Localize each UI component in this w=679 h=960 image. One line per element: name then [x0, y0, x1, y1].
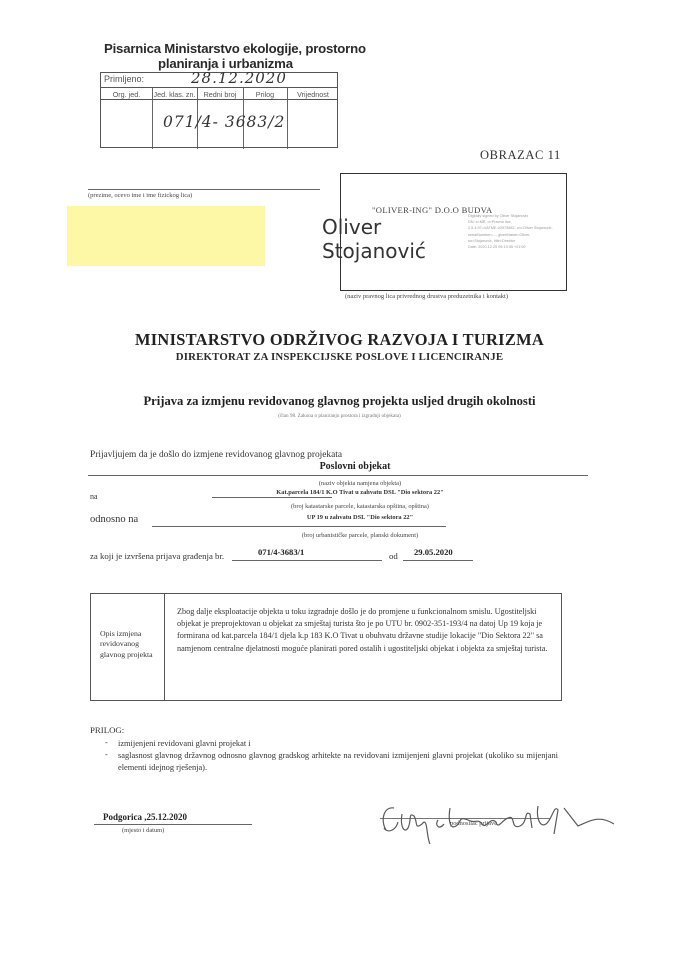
applicant-caption: (prezime, ocevo ime i ime fizickog lica) — [88, 192, 192, 199]
urban-parcel-line — [152, 526, 446, 527]
parcel-value: Kat.parcela 184/1 K.O Tivat u zahvatu DS… — [150, 489, 570, 496]
parcel-line — [212, 497, 332, 498]
redacted-highlight — [67, 206, 265, 266]
digital-signature-details: Digitally signed by Oliver Stojanović DN… — [468, 213, 588, 250]
registration-number-line — [232, 560, 382, 561]
signature-info-line: Date: 2020.12.25 09:19:35 +01'00' — [468, 244, 588, 250]
description-label: Opis izmjena revidovanog glavnog projekt… — [100, 629, 162, 660]
registration-number-value: 071/4-3683/1 — [258, 547, 304, 557]
registration-date-line — [403, 560, 473, 561]
description-box: Opis izmjena revidovanog glavnog projekt… — [90, 593, 562, 701]
odnosno-label: odnosno na — [90, 514, 138, 525]
attachments-heading: PRILOG: — [90, 725, 124, 735]
signer-last-name: Stojanović — [322, 240, 426, 262]
urban-parcel-caption: (broj urbanističke parcele, planski doku… — [150, 532, 570, 539]
place-and-date: Podgorica ,25.12.2020 — [103, 812, 187, 822]
parcel-caption: (broj katastarske parcele, katastarska o… — [150, 503, 570, 510]
received-row: Primljeno: 28.12.2020 — [101, 73, 337, 88]
document-title: Prijava za izmjenu revidovanog glavnog p… — [0, 394, 679, 409]
attachment-item: izmijenjeni revidovani glavni projekat i — [118, 738, 558, 750]
registry-stamp-table: Primljeno: 28.12.2020 Org. jed. Jed. kla… — [100, 72, 338, 148]
column-header: Jed. klas. zn. — [152, 89, 197, 100]
place-date-line — [94, 824, 252, 825]
bullet-dash: - — [105, 750, 108, 759]
registration-label: za koji je izvršena prijava građenja br. — [90, 551, 224, 561]
object-name-caption: (naziv objekta namjena objekta) — [150, 480, 570, 487]
object-name-line — [88, 475, 588, 476]
applicant-name-line — [88, 189, 320, 190]
document-subtitle: (član 98. Zakona o planiranju prostora i… — [0, 413, 679, 419]
registry-office-line1: Pisarnica Ministarstvo ekologije, prosto… — [104, 41, 366, 56]
registration-date-value: 29.05.2020 — [414, 547, 453, 557]
description-divider — [164, 594, 165, 700]
directorate-heading: DIREKTORAT ZA INSPEKCIJSKE POSLOVE I LIC… — [0, 351, 679, 363]
column-header: Prilog — [243, 89, 287, 100]
received-date: 28.12.2020 — [191, 69, 287, 87]
registry-office-name: Pisarnica Ministarstvo ekologije, prosto… — [104, 41, 394, 71]
intro-text: Prijavljujem da je došlo do izmjene revi… — [90, 450, 342, 460]
column-header: Org. jed. — [101, 89, 152, 100]
urban-parcel-value: UP 19 u zahvatu DSL "Dio sektora 22" — [150, 514, 570, 521]
bullet-dash: - — [105, 738, 108, 747]
form-code: OBRAZAC 11 — [480, 148, 561, 163]
handwritten-signature — [378, 800, 638, 850]
od-label: od — [389, 551, 398, 561]
object-name-value: Poslovni objekat — [80, 461, 600, 472]
signer-first-name: Oliver — [322, 216, 381, 238]
registry-number: 071/4- 3683/2 — [163, 113, 285, 131]
place-date-caption: (mjesto i datum) — [122, 827, 164, 834]
company-caption: (naziv pravnog lica privrednog drustva p… — [345, 293, 508, 300]
ministry-heading: MINISTARSTVO ODRŽIVOG RAZVOJA I TURIZMA — [0, 330, 679, 350]
column-header: Redni broj — [197, 89, 243, 100]
na-label: na — [90, 492, 98, 501]
attachment-item: saglasnost glavnog državnog odnosno glav… — [118, 750, 558, 773]
description-text: Zbog dalje eksploatacije objekta u toku … — [177, 606, 552, 655]
received-label: Primljeno: — [104, 74, 144, 84]
column-header: Vrijednost — [287, 89, 339, 100]
